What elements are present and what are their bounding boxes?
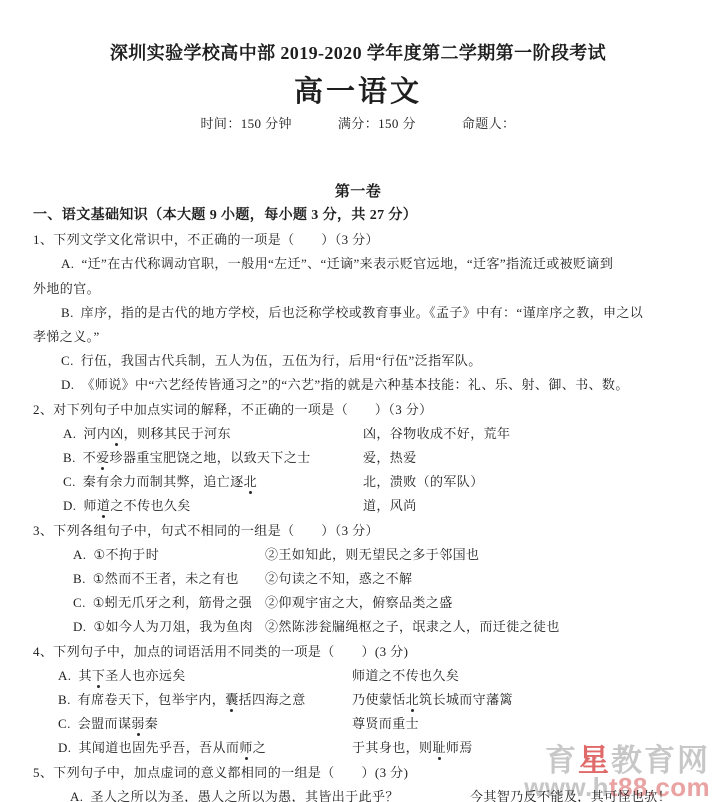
question-4-option-D-left-text: 其闻道也固先乎吾，吾从而师之: [78, 740, 266, 755]
question-3-option-D: D.①如今人为刀俎，我为鱼肉②然陈涉瓮牖绳枢之子，氓隶之人，而迁徙之徒也: [73, 615, 683, 639]
question-3-option-B-label: B.: [73, 571, 86, 586]
question-5-option-A-right: 今其智乃反不能及，其可怪也欤！: [470, 785, 683, 802]
question-3-option-B-right: ②句读之不知，惑之不解: [265, 567, 683, 591]
question-4-option-D: D.其闻道也固先乎吾，吾从而师之于其身也，则耻师焉: [58, 736, 683, 760]
emphasized-char: 其: [305, 789, 318, 802]
emphasized-char: 道: [97, 498, 110, 513]
question-4-option-B-right: 乃使蒙恬北筑长城而守藩篱: [352, 688, 683, 712]
question-4-option-A-left: A.其下圣人也亦远矣: [58, 664, 352, 688]
meta-time: 时间：150 分钟: [201, 115, 292, 133]
question-2-option-C-right: 北，溃败（的军队）: [363, 470, 683, 494]
question-5-option-A-left: A.圣人之所以为圣，愚人之所以为愚，其皆出于此乎？: [70, 785, 470, 802]
question-2-option-B-label: B.: [63, 450, 76, 465]
emphasized-char: 北: [406, 692, 419, 707]
emphasized-char: 爱: [96, 450, 109, 465]
question-5-option-A-left-text: 圣人之所以为圣，愚人之所以为愚，其皆出于此乎？: [90, 789, 398, 802]
meta-author: 命题人：: [462, 115, 516, 133]
exam-title: 高一语文: [33, 76, 683, 108]
question-2-option-D-left-text: 师道之不传也久矣: [83, 498, 190, 513]
exam-page: 深圳实验学校高中部 2019-2020 学年度第二学期第一阶段考试 高一语文 时…: [0, 0, 713, 802]
question-2-option-D-right: 道，风尚: [363, 494, 683, 518]
question-block-1: 1、下列文学文化常识中，不正确的一项是（ ）（3 分）A.“迁”在古代称调动官职…: [33, 228, 683, 397]
question-2-option-C-left-text: 秦有余力而制其弊，追亡逐北: [83, 474, 257, 489]
question-3-option-C: C.①蚓无爪牙之利，筋骨之强②仰观宇宙之大，俯察品类之盛: [73, 591, 683, 615]
question-block-5: 5、下列句子中，加点虚词的意义都相同的一组是（ ）(3 分)A.圣人之所以为圣，…: [33, 761, 683, 802]
question-1-option-B-text: 庠序，指的是古代的地方学校，后也泛称学校或教育事业。《孟子》中有：“谨庠序之教，…: [81, 305, 643, 320]
exam-content: 深圳实验学校高中部 2019-2020 学年度第二学期第一阶段考试 高一语文 时…: [0, 42, 713, 802]
question-4-option-C-label: C.: [58, 716, 71, 731]
question-1-option-A-text: “迁”在古代称调动官职，一般用“左迁”、“迁谪”来表示贬官远地，“迁客”指流迁或…: [81, 256, 613, 271]
question-2-option-D-label: D.: [63, 498, 76, 513]
question-1-option-A-line-1: A.“迁”在古代称调动官职，一般用“左迁”、“迁谪”来表示贬官远地，“迁客”指流…: [33, 252, 683, 276]
question-4-option-A-left-text: 其下圣人也亦远矣: [78, 668, 185, 683]
question-3-option-C-label: C.: [73, 595, 86, 610]
question-1-option-B-line-1: B.庠序，指的是古代的地方学校，后也泛称学校或教育事业。《孟子》中有：“谨庠序之…: [33, 301, 683, 325]
emphasized-char: 其: [591, 789, 604, 802]
question-4-option-B-left-text: 有席卷天下，包举宇内，囊括四海之意: [78, 692, 306, 707]
question-block-2: 2、对下列句子中加点实词的解释，不正确的一项是（ ）（3 分）A.河内凶，则移其…: [33, 398, 683, 519]
question-1-option-A-line-2: 外地的官。: [33, 277, 683, 301]
question-5-stem: 5、下列句子中，加点虚词的意义都相同的一组是（ ）(3 分): [33, 761, 683, 785]
question-2-option-D-left: D.师道之不传也久矣: [63, 494, 363, 518]
question-2-option-B-left: B.不爱珍器重宝肥饶之地，以致天下之士: [63, 446, 363, 470]
question-block-3: 3、下列各组句子中，句式不相同的一组是（ ）（3 分）A.①不拘于时②王如知此，…: [33, 519, 683, 640]
question-1-option-D-label: D.: [61, 377, 74, 392]
question-1-option-D-line-1: D.《师说》中“六艺经传皆通习之”的“六艺”指的就是六种基本技能：礼、乐、射、御…: [33, 373, 683, 397]
question-3-option-D-left-text: ①如今人为刀俎，我为鱼肉: [93, 619, 252, 634]
emphasized-char: 师: [239, 740, 252, 755]
question-3-option-C-left-text: ①蚓无爪牙之利，筋骨之强: [93, 595, 252, 610]
question-3-option-D-right: ②然陈涉瓮牖绳枢之子，氓隶之人，而迁徙之徒也: [265, 615, 683, 639]
question-2-option-A-left-text: 河内凶，则移其民于河东: [83, 426, 230, 441]
question-1-option-A-label: A.: [61, 256, 74, 271]
question-3-option-A-left-text: ①不拘于时: [93, 547, 159, 562]
question-4-option-B: B.有席卷天下，包举宇内，囊括四海之意乃使蒙恬北筑长城而守藩篱: [58, 688, 683, 712]
question-4-option-A-right: 师道之不传也久矣: [352, 664, 683, 688]
meta-score: 满分：150 分: [338, 115, 416, 133]
question-3-option-D-label: D.: [73, 619, 86, 634]
question-3-option-A-label: A.: [73, 547, 86, 562]
emphasized-char: 北: [244, 474, 257, 489]
question-3-option-A-left: A.①不拘于时: [73, 543, 265, 567]
question-3-option-A: A.①不拘于时②王如知此，则无望民之多于邻国也: [73, 543, 683, 567]
question-2-option-C-left: C.秦有余力而制其弊，追亡逐北: [63, 470, 363, 494]
emphasized-char: 耻: [432, 740, 445, 755]
question-1-option-A-text: 外地的官。: [33, 281, 100, 296]
question-4-option-D-label: D.: [58, 740, 71, 755]
question-3-option-B-left-text: ①然而不王者，未之有也: [93, 571, 239, 586]
question-4-option-A: A.其下圣人也亦远矣师道之不传也久矣: [58, 664, 683, 688]
question-5-option-A-label: A.: [70, 789, 83, 802]
question-2-stem: 2、对下列句子中加点实词的解释，不正确的一项是（ ）（3 分）: [33, 398, 683, 422]
question-4-option-B-label: B.: [58, 692, 71, 707]
question-1-option-B-line-2: 孝悌之义。”: [33, 325, 683, 349]
question-3-option-A-right: ②王如知此，则无望民之多于邻国也: [265, 543, 683, 567]
question-4-option-D-left: D.其闻道也固先乎吾，吾从而师之: [58, 736, 352, 760]
question-1-option-B-text: 孝悌之义。”: [33, 329, 100, 344]
question-2-option-C: C.秦有余力而制其弊，追亡逐北北，溃败（的军队）: [63, 470, 683, 494]
question-4-stem: 4、下列句子中，加点的词语活用不同类的一项是（ ）(3 分): [33, 640, 683, 664]
question-block-4: 4、下列句子中，加点的词语活用不同类的一项是（ ）(3 分)A.其下圣人也亦远矣…: [33, 640, 683, 761]
question-2-option-A-label: A.: [63, 426, 76, 441]
question-1-option-D-text: 《师说》中“六艺经传皆通习之”的“六艺”指的就是六种基本技能：礼、乐、射、御、书…: [81, 377, 628, 392]
question-4-option-A-label: A.: [58, 668, 71, 683]
question-1-option-B-label: B.: [61, 305, 74, 320]
question-3-stem: 3、下列各组句子中，句式不相同的一组是（ ）（3 分）: [33, 519, 683, 543]
question-2-option-D: D.师道之不传也久矣道，风尚: [63, 494, 683, 518]
question-4-option-B-left: B.有席卷天下，包举宇内，囊括四海之意: [58, 688, 352, 712]
question-4-option-D-right: 于其身也，则耻师焉: [352, 736, 683, 760]
question-2-option-B-left-text: 不爱珍器重宝肥饶之地，以致天下之士: [83, 450, 311, 465]
question-2-option-A: A.河内凶，则移其民于河东凶，谷物收成不好，荒年: [63, 422, 683, 446]
question-4-option-C-left: C.会盟而谋弱秦: [58, 712, 352, 736]
question-3-option-B: B.①然而不王者，未之有也②句读之不知，惑之不解: [73, 567, 683, 591]
part-title: 第一卷: [33, 180, 683, 204]
question-4-option-C-left-text: 会盟而谋弱秦: [78, 716, 158, 731]
emphasized-char: 下: [92, 668, 105, 683]
question-2-option-B-right: 爱，热爱: [363, 446, 683, 470]
question-2-option-A-right: 凶，谷物收成不好，荒年: [363, 422, 683, 446]
question-5-option-A: A.圣人之所以为圣，愚人之所以为愚，其皆出于此乎？今其智乃反不能及，其可怪也欤！: [70, 785, 683, 802]
question-2-option-B: B.不爱珍器重宝肥饶之地，以致天下之士爱，热爱: [63, 446, 683, 470]
question-3-option-D-left: D.①如今人为刀俎，我为鱼肉: [73, 615, 265, 639]
question-3-option-C-right: ②仰观宇宙之大，俯察品类之盛: [265, 591, 683, 615]
question-3-option-C-left: C.①蚓无爪牙之利，筋骨之强: [73, 591, 265, 615]
section-title: 一、语文基础知识（本大题 9 小题，每小题 3 分，共 27 分）: [33, 204, 683, 228]
question-1-option-C-label: C.: [61, 353, 74, 368]
question-4-option-C: C.会盟而谋弱秦尊贤而重士: [58, 712, 683, 736]
emphasized-char: 囊: [225, 692, 238, 707]
question-3-option-B-left: B.①然而不王者，未之有也: [73, 567, 265, 591]
question-1-stem: 1、下列文学文化常识中，不正确的一项是（ ）（3 分）: [33, 228, 683, 252]
exam-header-line: 深圳实验学校高中部 2019-2020 学年度第二学期第一阶段考试: [33, 42, 683, 64]
question-1-option-C-text: 行伍，我国古代兵制，五人为伍，五伍为行，后用“行伍”泛指军队。: [81, 353, 482, 368]
emphasized-char: 弱: [131, 716, 144, 731]
question-4-option-C-right: 尊贤而重士: [352, 712, 683, 736]
exam-meta: 时间：150 分钟 满分：150 分 命题人：: [33, 115, 683, 133]
emphasized-char: 凶: [110, 426, 123, 441]
emphasized-char: 其: [483, 789, 496, 802]
question-1-option-C-line-1: C.行伍，我国古代兵制，五人为伍，五伍为行，后用“行伍”泛指军队。: [33, 349, 683, 373]
question-2-option-A-left: A.河内凶，则移其民于河东: [63, 422, 363, 446]
question-2-option-C-label: C.: [63, 474, 76, 489]
questions-area: 1、下列文学文化常识中，不正确的一项是（ ）（3 分）A.“迁”在古代称调动官职…: [33, 228, 683, 802]
